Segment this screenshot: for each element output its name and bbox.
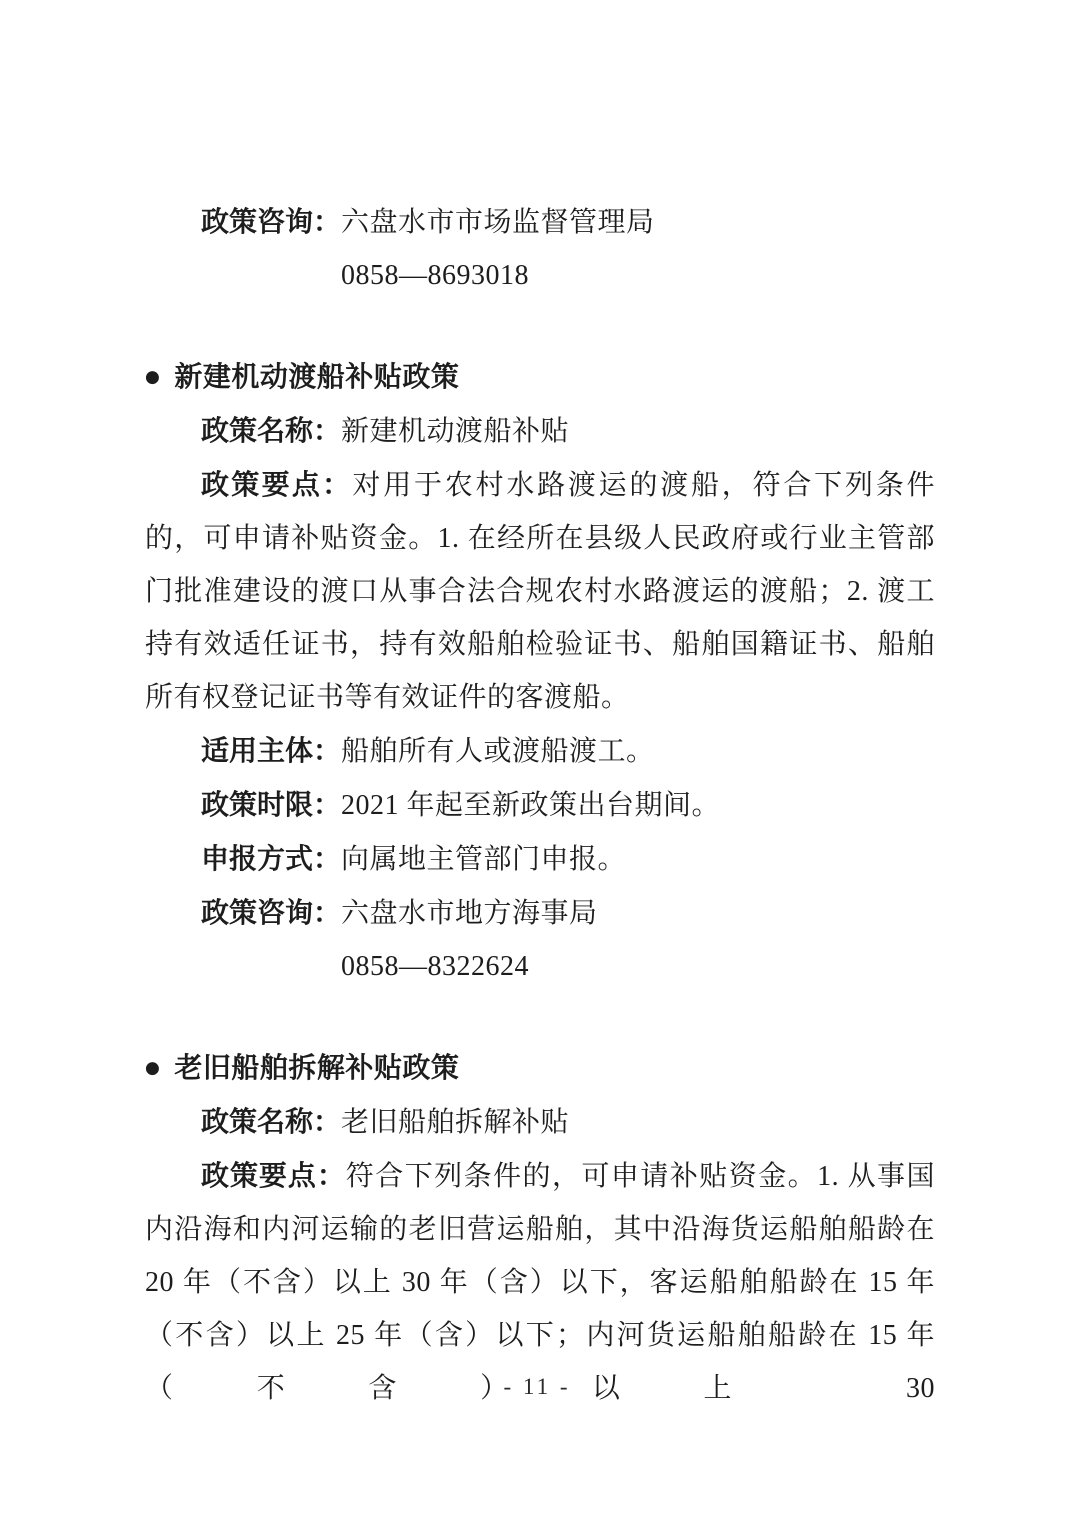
policy-section-old-ship-dismantling: ●老旧船舶拆解补贴政策 政策名称：老旧船舶拆解补贴 政策要点：符合下列条件的，可… [145, 1041, 935, 1415]
page-content: 政策咨询：六盘水市市场监督管理局 0858—8693018 ●新建机动渡船补贴政… [0, 0, 1074, 1415]
policy-phone-number: 0858—8322624 [145, 940, 935, 993]
applicable-subject-value: 船舶所有人或渡船渡工。 [341, 736, 655, 767]
intro-contact-value: 六盘水市市场监督管理局 [341, 207, 655, 238]
policy-period-label: 政策时限： [201, 789, 341, 820]
page-number: - 11 - [0, 1372, 1074, 1402]
bullet-icon: ● [145, 351, 160, 404]
section-title: ●新建机动渡船补贴政策 [145, 350, 935, 404]
application-method-value: 向属地主管部门申报。 [341, 844, 626, 875]
intro-contact-label: 政策咨询： [201, 206, 341, 237]
policy-contact-label: 政策咨询： [201, 897, 341, 928]
policy-points-label: 政策要点： [201, 1160, 346, 1191]
policy-name-line: 政策名称：老旧船舶拆解补贴 [145, 1095, 935, 1149]
applicable-subject-label: 适用主体： [201, 735, 341, 766]
policy-contact-line: 政策咨询：六盘水市地方海事局 [145, 886, 935, 940]
policy-name-label: 政策名称： [201, 415, 341, 446]
policy-name-label: 政策名称： [201, 1106, 341, 1137]
applicable-subject-line: 适用主体：船舶所有人或渡船渡工。 [145, 724, 935, 778]
policy-points-text: 对用于农村水路渡运的渡船，符合下列条件的，可申请补贴资金。1. 在经所在县级人民… [145, 470, 935, 713]
bullet-icon: ● [145, 1042, 160, 1095]
policy-period-line: 政策时限：2021 年起至新政策出台期间。 [145, 778, 935, 832]
section-title-text: 老旧船舶拆解补贴政策 [174, 1052, 459, 1083]
policy-name-value: 新建机动渡船补贴 [341, 416, 569, 447]
policy-points-label: 政策要点： [201, 469, 352, 500]
section-title-text: 新建机动渡船补贴政策 [174, 361, 459, 392]
policy-period-value: 2021 年起至新政策出台期间。 [341, 790, 720, 821]
application-method-label: 申报方式： [201, 843, 341, 874]
policy-points-paragraph: 政策要点：对用于农村水路渡运的渡船，符合下列条件的，可申请补贴资金。1. 在经所… [145, 458, 935, 724]
intro-phone-number: 0858—8693018 [145, 249, 935, 302]
document-page: 政策咨询：六盘水市市场监督管理局 0858—8693018 ●新建机动渡船补贴政… [0, 0, 1074, 1520]
policy-name-value: 老旧船舶拆解补贴 [341, 1107, 569, 1138]
application-method-line: 申报方式：向属地主管部门申报。 [145, 832, 935, 886]
policy-points-text: 符合下列条件的，可申请补贴资金。1. 从事国内沿海和内河运输的老旧营运船舶，其中… [145, 1161, 935, 1404]
policy-contact-value: 六盘水市地方海事局 [341, 898, 598, 929]
policy-name-line: 政策名称：新建机动渡船补贴 [145, 404, 935, 458]
intro-contact-line: 政策咨询：六盘水市市场监督管理局 [145, 195, 935, 249]
section-title: ●老旧船舶拆解补贴政策 [145, 1041, 935, 1095]
policy-section-new-motor-ferry: ●新建机动渡船补贴政策 政策名称：新建机动渡船补贴 政策要点：对用于农村水路渡运… [145, 350, 935, 993]
